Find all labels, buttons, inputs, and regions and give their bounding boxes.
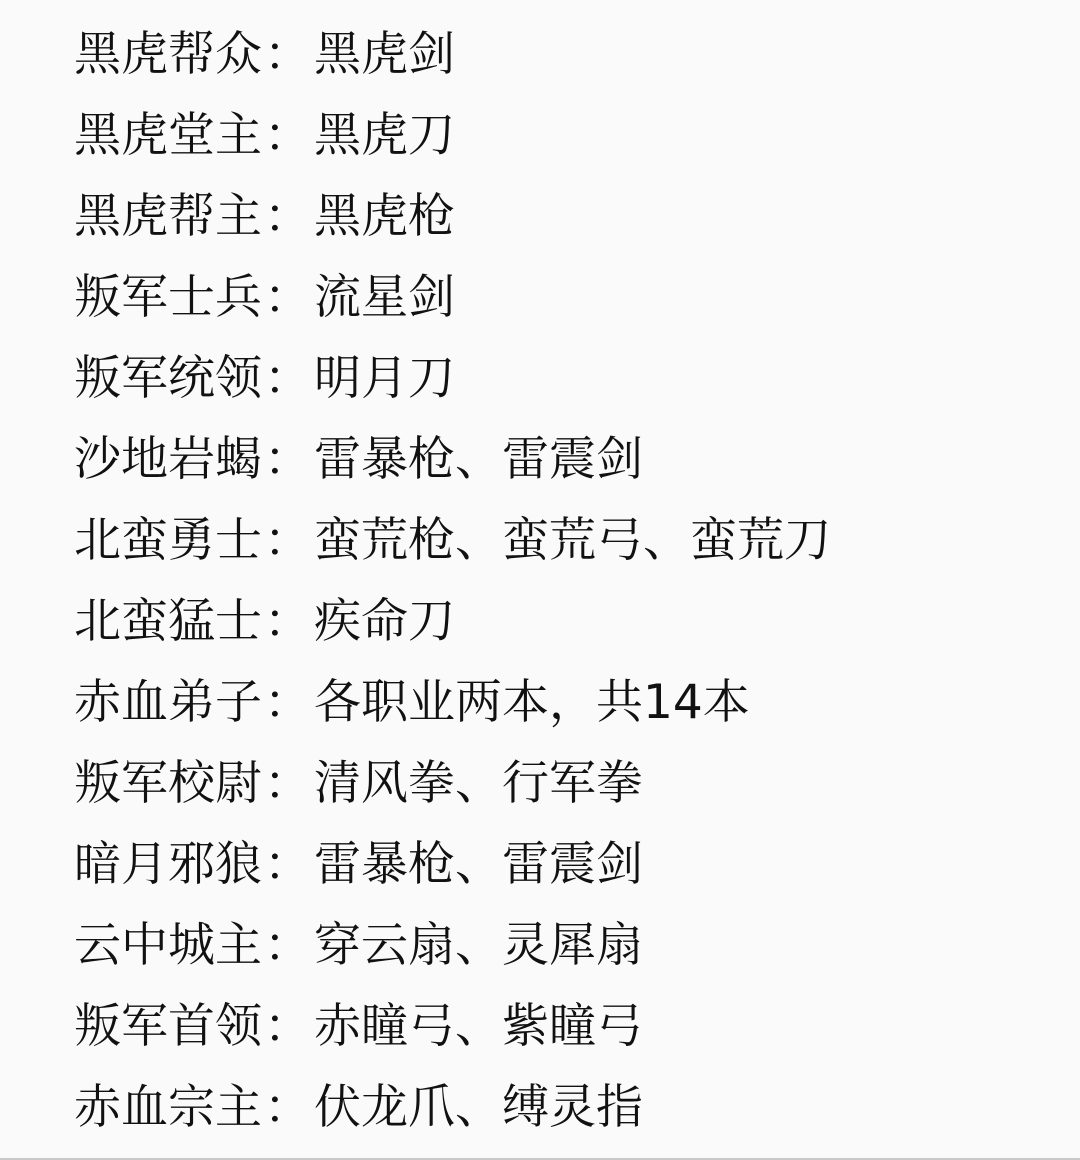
drop-items: 疾命刀 — [314, 581, 455, 662]
drop-items: 黑虎枪 — [314, 176, 455, 257]
monster-name: 沙地岩蝎 — [74, 419, 264, 500]
list-item: 沙地岩蝎：雷暴枪、雷震剑 — [74, 419, 831, 500]
separator: ： — [264, 14, 314, 95]
drop-items: 雷暴枪、雷震剑 — [314, 419, 643, 500]
list-item: 黑虎帮主：黑虎枪 — [74, 176, 831, 257]
separator: ： — [264, 743, 314, 824]
list-item: 黑虎帮众：黑虎剑 — [74, 14, 831, 95]
separator: ： — [264, 986, 314, 1067]
monster-name: 叛军首领 — [74, 986, 264, 1067]
list-item: 北蛮勇士：蛮荒枪、蛮荒弓、蛮荒刀 — [74, 500, 831, 581]
monster-name: 北蛮勇士 — [74, 500, 264, 581]
drop-items: 各职业两本，共14本 — [314, 662, 750, 743]
separator: ： — [264, 95, 314, 176]
list-item: 叛军首领：赤瞳弓、紫瞳弓 — [74, 986, 831, 1067]
list-item: 云中城主：穿云扇、灵犀扇 — [74, 905, 831, 986]
monster-name: 叛军士兵 — [74, 257, 264, 338]
drop-items: 穿云扇、灵犀扇 — [314, 905, 643, 986]
separator: ： — [264, 176, 314, 257]
drop-items: 赤瞳弓、紫瞳弓 — [314, 986, 643, 1067]
drop-items: 黑虎剑 — [314, 14, 455, 95]
drop-items: 清风拳、行军拳 — [314, 743, 643, 824]
monster-name: 叛军校尉 — [74, 743, 264, 824]
monster-name: 北蛮猛士 — [74, 581, 264, 662]
drop-list: 黑虎帮众：黑虎剑 黑虎堂主：黑虎刀 黑虎帮主：黑虎枪 叛军士兵：流星剑 叛军统领… — [74, 14, 831, 1148]
separator: ： — [264, 257, 314, 338]
separator: ： — [264, 581, 314, 662]
list-item: 赤血宗主：伏龙爪、缚灵指 — [74, 1067, 831, 1148]
list-item: 赤血弟子：各职业两本，共14本 — [74, 662, 831, 743]
monster-name: 黑虎帮众 — [74, 14, 264, 95]
separator: ： — [264, 338, 314, 419]
separator: ： — [264, 824, 314, 905]
list-item: 北蛮猛士：疾命刀 — [74, 581, 831, 662]
separator: ： — [264, 500, 314, 581]
drop-items: 伏龙爪、缚灵指 — [314, 1067, 643, 1148]
drop-items: 黑虎刀 — [314, 95, 455, 176]
separator: ： — [264, 905, 314, 986]
list-item: 叛军统领：明月刀 — [74, 338, 831, 419]
monster-name: 赤血宗主 — [74, 1067, 264, 1148]
drop-items: 雷暴枪、雷震剑 — [314, 824, 643, 905]
monster-name: 黑虎帮主 — [74, 176, 264, 257]
monster-name: 赤血弟子 — [74, 662, 264, 743]
separator: ： — [264, 662, 314, 743]
monster-name: 叛军统领 — [74, 338, 264, 419]
separator: ： — [264, 1067, 314, 1148]
list-item: 叛军校尉：清风拳、行军拳 — [74, 743, 831, 824]
list-item: 暗月邪狼：雷暴枪、雷震剑 — [74, 824, 831, 905]
drop-items: 蛮荒枪、蛮荒弓、蛮荒刀 — [314, 500, 831, 581]
drop-items: 明月刀 — [314, 338, 455, 419]
list-item: 叛军士兵：流星剑 — [74, 257, 831, 338]
list-item: 黑虎堂主：黑虎刀 — [74, 95, 831, 176]
drop-items: 流星剑 — [314, 257, 455, 338]
monster-name: 暗月邪狼 — [74, 824, 264, 905]
monster-name: 黑虎堂主 — [74, 95, 264, 176]
separator: ： — [264, 419, 314, 500]
monster-name: 云中城主 — [74, 905, 264, 986]
